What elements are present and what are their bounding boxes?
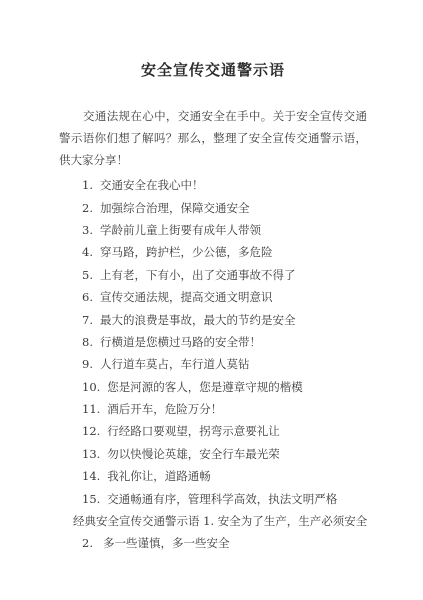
slogan-item: 1. 交通安全在我心中！: [59, 174, 367, 196]
item-text: 酒后开车，危险万分！: [107, 401, 222, 417]
item-number: 1.: [82, 178, 93, 192]
intro-paragraph: 交通法规在心中，交通安全在手中。关于安全宣传交通警示语你们想了解吗？那么，整理了…: [59, 105, 367, 171]
item-number: 11.: [82, 402, 100, 416]
item-text: 交通安全在我心中！: [100, 177, 204, 193]
item-text: 您是河源的客人，您是遵章守规的楷模: [107, 379, 303, 395]
item-text: 学龄前儿童上街要有成年人带领: [100, 222, 261, 238]
document-content: 安全宣传交通警示语 交通法规在心中，交通安全在手中。关于安全宣传交通警示语你们想…: [59, 0, 367, 555]
slogan-item: 15. 交通畅通有序，管理科学高效，执法文明严格: [59, 487, 367, 509]
item-number: 8.: [82, 335, 93, 349]
item-text: 宣传交通法规，提高交通文明意识: [100, 289, 273, 305]
slogan-item: 3. 学龄前儿童上街要有成年人带领: [59, 219, 367, 241]
document-page: 安全宣传交通警示语 交通法规在心中，交通安全在手中。关于安全宣传交通警示语你们想…: [0, 0, 423, 600]
document-title: 安全宣传交通警示语: [59, 60, 367, 80]
item-number: 9.: [82, 357, 93, 371]
slogan-item: 4. 穿马路，跨护栏，少公德，多危险: [59, 241, 367, 263]
slogan-item: 12. 行经路口要观望，拐弯示意要礼让: [59, 420, 367, 442]
slogan-item: 14. 我礼你让，道路通畅: [59, 465, 367, 487]
item-number: 2.: [82, 536, 93, 550]
item-number: 13.: [82, 447, 100, 461]
item-text: 人行道车莫占，车行道人莫钻: [100, 356, 250, 372]
item-number: 3.: [82, 223, 93, 237]
item-number: 10.: [82, 380, 100, 394]
item-text: 交通畅通有序，管理科学高效，执法文明严格: [107, 491, 337, 507]
slogan-item: 2. 多一些谨慎，多一些安全: [59, 532, 367, 554]
slogan-item: 9. 人行道车莫占，车行道人莫钻: [59, 353, 367, 375]
item-text: 加强综合治理，保障交通安全: [100, 200, 250, 216]
item-text: 行横道是您横过马路的安全带！: [100, 334, 261, 350]
slogan-item: 2. 加强综合治理，保障交通安全: [59, 196, 367, 218]
slogan-item: 7. 最大的浪费是事故，最大的节约是安全: [59, 308, 367, 330]
slogan-item: 5. 上有老，下有小，出了交通事故不得了: [59, 264, 367, 286]
item-number: 2.: [82, 201, 93, 215]
item-text: 行经路口要观望，拐弯示意要礼让: [107, 423, 280, 439]
slogan-list: 1. 交通安全在我心中！ 2. 加强综合治理，保障交通安全 3. 学龄前儿童上街…: [59, 174, 367, 510]
slogan-item: 11. 酒后开车，危险万分！: [59, 398, 367, 420]
slogan-item: 13. 勿以快慢论英雄，安全行车最光荣: [59, 443, 367, 465]
item-text: 我礼你让，道路通畅: [107, 468, 211, 484]
item-text: 穿马路，跨护栏，少公德，多危险: [100, 244, 273, 260]
slogan-item: 10. 您是河源的客人，您是遵章守规的楷模: [59, 376, 367, 398]
section2-lead: 经典安全宣传交通警示语 1. 安全为了生产，生产必须安全: [59, 510, 367, 532]
item-number: 15.: [82, 492, 100, 506]
item-number: 6.: [82, 290, 93, 304]
item-number: 4.: [82, 245, 93, 259]
item-number: 5.: [82, 268, 93, 282]
item-text: 最大的浪费是事故，最大的节约是安全: [100, 312, 296, 328]
item-number: 7.: [82, 313, 93, 327]
item-number: 12.: [82, 424, 100, 438]
item-text: 勿以快慢论英雄，安全行车最光荣: [107, 446, 280, 462]
item-text: 多一些谨慎，多一些安全: [103, 535, 230, 551]
item-text: 上有老，下有小，出了交通事故不得了: [100, 267, 296, 283]
item-number: 14.: [82, 469, 100, 483]
slogan-item: 6. 宣传交通法规，提高交通文明意识: [59, 286, 367, 308]
slogan-item: 8. 行横道是您横过马路的安全带！: [59, 331, 367, 353]
